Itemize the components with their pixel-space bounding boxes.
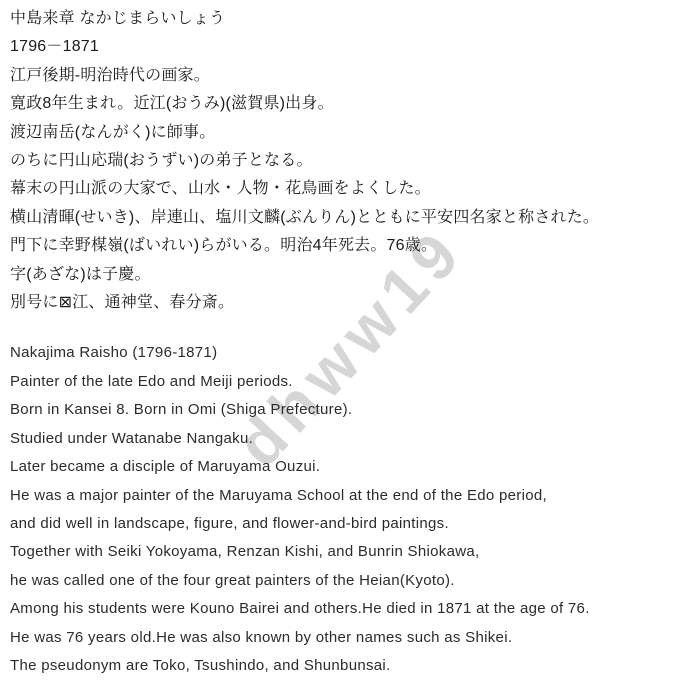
english-line: He was a major painter of the Maruyama S…: [10, 482, 690, 510]
japanese-line: 幕末の円山派の大家で、山水・人物・花鳥画をよくした。: [10, 175, 690, 203]
english-line: Among his students were Kouno Bairei and…: [10, 595, 690, 623]
japanese-line: 門下に幸野楳嶺(ばいれい)らがいる。明治4年死去。76歳。: [10, 232, 690, 260]
japanese-line: 横山清暉(せいき)、岸連山、塩川文麟(ぶんりん)とともに平安四名家と称された。: [10, 204, 690, 232]
japanese-line: 江戸後期-明治時代の画家。: [10, 62, 690, 90]
japanese-line-years: 1796－1871: [10, 33, 690, 61]
english-line-name: Nakajima Raisho (1796-1871): [10, 339, 690, 367]
japanese-line: のちに円山応瑞(おうずい)の弟子となる。: [10, 147, 690, 175]
english-biography-section: Nakajima Raisho (1796-1871) Painter of t…: [10, 339, 690, 680]
english-line: He was 76 years old.He was also known by…: [10, 624, 690, 652]
english-line: Together with Seiki Yokoyama, Renzan Kis…: [10, 538, 690, 566]
japanese-line: 字(あざな)は子慶。: [10, 261, 690, 289]
english-line: Painter of the late Edo and Meiji period…: [10, 368, 690, 396]
english-line: Born in Kansei 8. Born in Omi (Shiga Pre…: [10, 396, 690, 424]
text-layer: 中島来章 なかじまらいしょう 1796－1871 江戸後期-明治時代の画家。 寛…: [0, 0, 700, 680]
english-line: Later became a disciple of Maruyama Ouzu…: [10, 453, 690, 481]
english-line: Studied under Watanabe Nangaku.: [10, 425, 690, 453]
english-line: he was called one of the four great pain…: [10, 567, 690, 595]
japanese-line: 寛政8年生まれ。近江(おうみ)(滋賀県)出身。: [10, 90, 690, 118]
japanese-line: 別号に⊠江、通神堂、春分斎。: [10, 289, 690, 317]
section-gap: [10, 317, 690, 339]
english-line: and did well in landscape, figure, and f…: [10, 510, 690, 538]
japanese-biography-section: 中島来章 なかじまらいしょう 1796－1871 江戸後期-明治時代の画家。 寛…: [10, 5, 690, 317]
document-page: dhww19 中島来章 なかじまらいしょう 1796－1871 江戸後期-明治時…: [0, 0, 700, 700]
japanese-line-name: 中島来章 なかじまらいしょう: [10, 5, 690, 33]
japanese-line: 渡辺南岳(なんがく)に師事。: [10, 119, 690, 147]
english-line: The pseudonym are Toko, Tsushindo, and S…: [10, 652, 690, 680]
